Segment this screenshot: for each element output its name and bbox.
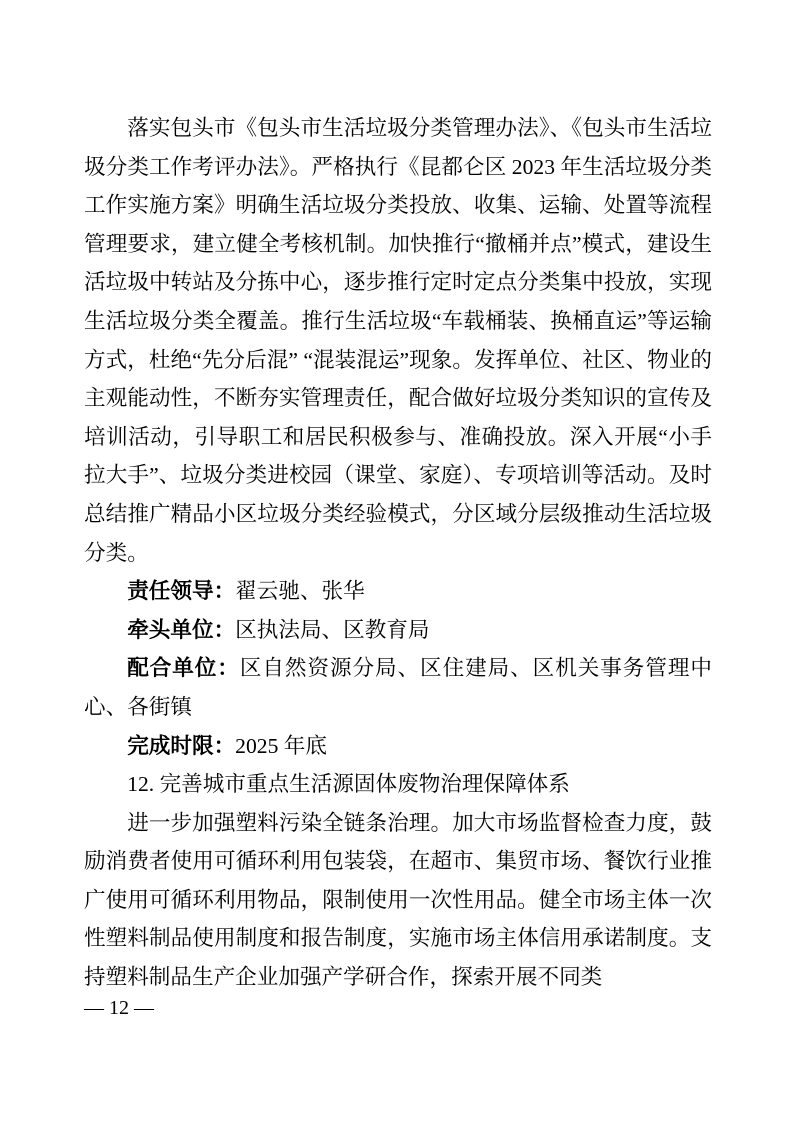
field-row-cooperating-units: 配合单位：区自然资源分局、区住建局、区机关事务管理中心、各街镇 xyxy=(84,649,712,726)
paragraph-waste-classification: 落实包头市《包头市生活垃圾分类管理办法》、《包头市生活垃圾分类工作考评办法》。严… xyxy=(84,109,712,572)
field-value-responsible-leader: 翟云驰、张华 xyxy=(235,579,365,603)
field-label-cooperating-units: 配合单位： xyxy=(127,656,240,680)
section-heading-12: 12. 完善城市重点生活源固体废物治理保障体系 xyxy=(84,765,712,804)
field-label-responsible-leader: 责任领导： xyxy=(127,579,235,603)
field-row-lead-unit: 牵头单位：区执法局、区教育局 xyxy=(84,611,712,650)
field-value-deadline: 2025 年底 xyxy=(235,734,327,758)
field-label-deadline: 完成时限： xyxy=(127,734,235,758)
document-body: 落实包头市《包头市生活垃圾分类管理办法》、《包头市生活垃圾分类工作考评办法》。严… xyxy=(84,109,712,997)
field-row-deadline: 完成时限：2025 年底 xyxy=(84,727,712,766)
field-value-lead-unit: 区执法局、区教育局 xyxy=(235,618,429,642)
paragraph-plastic-pollution: 进一步加强塑料污染全链条治理。加大市场监督检查力度，鼓励消费者使用可循环利用包装… xyxy=(84,804,712,997)
field-row-responsible-leader: 责任领导：翟云驰、张华 xyxy=(84,572,712,611)
page-number: — 12 — xyxy=(84,994,154,1022)
field-label-lead-unit: 牵头单位： xyxy=(127,618,235,642)
document-page: 落实包头市《包头市生活垃圾分类管理办法》、《包头市生活垃圾分类工作考评办法》。严… xyxy=(0,0,793,1122)
